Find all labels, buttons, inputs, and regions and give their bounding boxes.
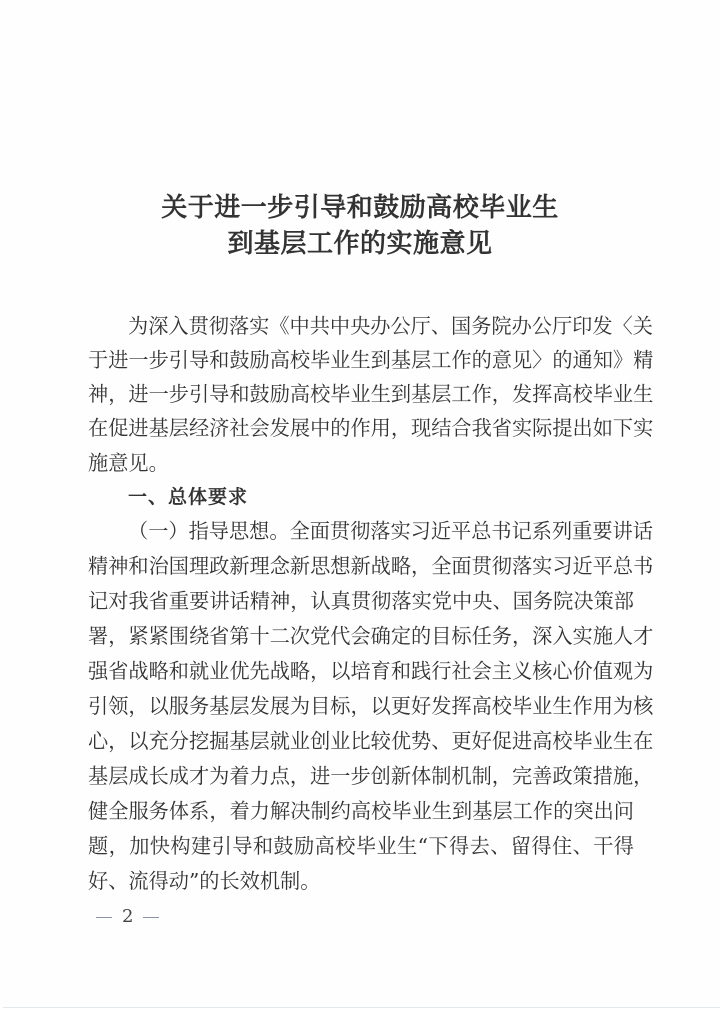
guiding-ideology-line: 心，以充分挖掘基层就业创业比较优势、更好促进高校毕业生在	[88, 726, 634, 756]
guiding-ideology-line: 基层成长成才为着力点，进一步创新体制机制，完善政策措施，	[88, 761, 634, 791]
guiding-ideology-line: 署，紧紧围绕省第十二次党代会确定的目标任务，深入实施人才	[88, 621, 634, 651]
guiding-ideology-line: （一）指导思想。全面贯彻落实习近平总书记系列重要讲话	[128, 516, 634, 546]
intro-paragraph-line: 于进一步引导和鼓励高校毕业生到基层工作的意见〉的通知》精	[88, 345, 634, 375]
guiding-ideology-line: 健全服务体系，着力解决制约高校毕业生到基层工作的突出问	[88, 796, 634, 826]
guiding-ideology-line: 精神和治国理政新理念新思想新战略，全面贯彻落实习近平总书	[88, 551, 634, 581]
guiding-ideology-line: 题，加快构建引导和鼓励高校毕业生“下得去、留得住、干得	[88, 831, 634, 861]
page-number-value: 2	[122, 906, 133, 927]
intro-paragraph-line: 施意见。	[88, 448, 634, 478]
page-number-dash-left	[96, 917, 112, 918]
page-number-dash-right	[143, 917, 159, 918]
guiding-ideology-line: 记对我省重要讲话精神，认真贯彻落实党中央、国务院决策部	[88, 586, 634, 616]
intro-paragraph-line: 为深入贯彻落实《中共中央办公厅、国务院办公厅印发〈关	[128, 311, 634, 341]
document-title-line-2: 到基层工作的实施意见	[0, 229, 720, 259]
intro-paragraph-line: 在促进基层经济社会发展中的作用，现结合我省实际提出如下实	[88, 413, 634, 443]
guiding-ideology-line: 强省战略和就业优先战略，以培育和践行社会主义核心价值观为	[88, 656, 634, 686]
page-bottom-edge	[3, 1007, 720, 1008]
guiding-ideology-line: 引领，以服务基层发展为目标，以更好发挥高校毕业生作用为核	[88, 691, 634, 721]
document-title-line-1: 关于进一步引导和鼓励高校毕业生	[0, 193, 720, 223]
intro-paragraph-line: 神，进一步引导和鼓励高校毕业生到基层工作，发挥高校毕业生	[88, 379, 634, 409]
guiding-ideology-line: 好、流得动”的长效机制。	[88, 866, 634, 896]
document-page: 关于进一步引导和鼓励高校毕业生 到基层工作的实施意见 为深入贯彻落实《中共中央办…	[0, 0, 720, 1005]
section-heading: 一、总体要求	[128, 482, 248, 512]
page-number: 2	[96, 905, 159, 929]
